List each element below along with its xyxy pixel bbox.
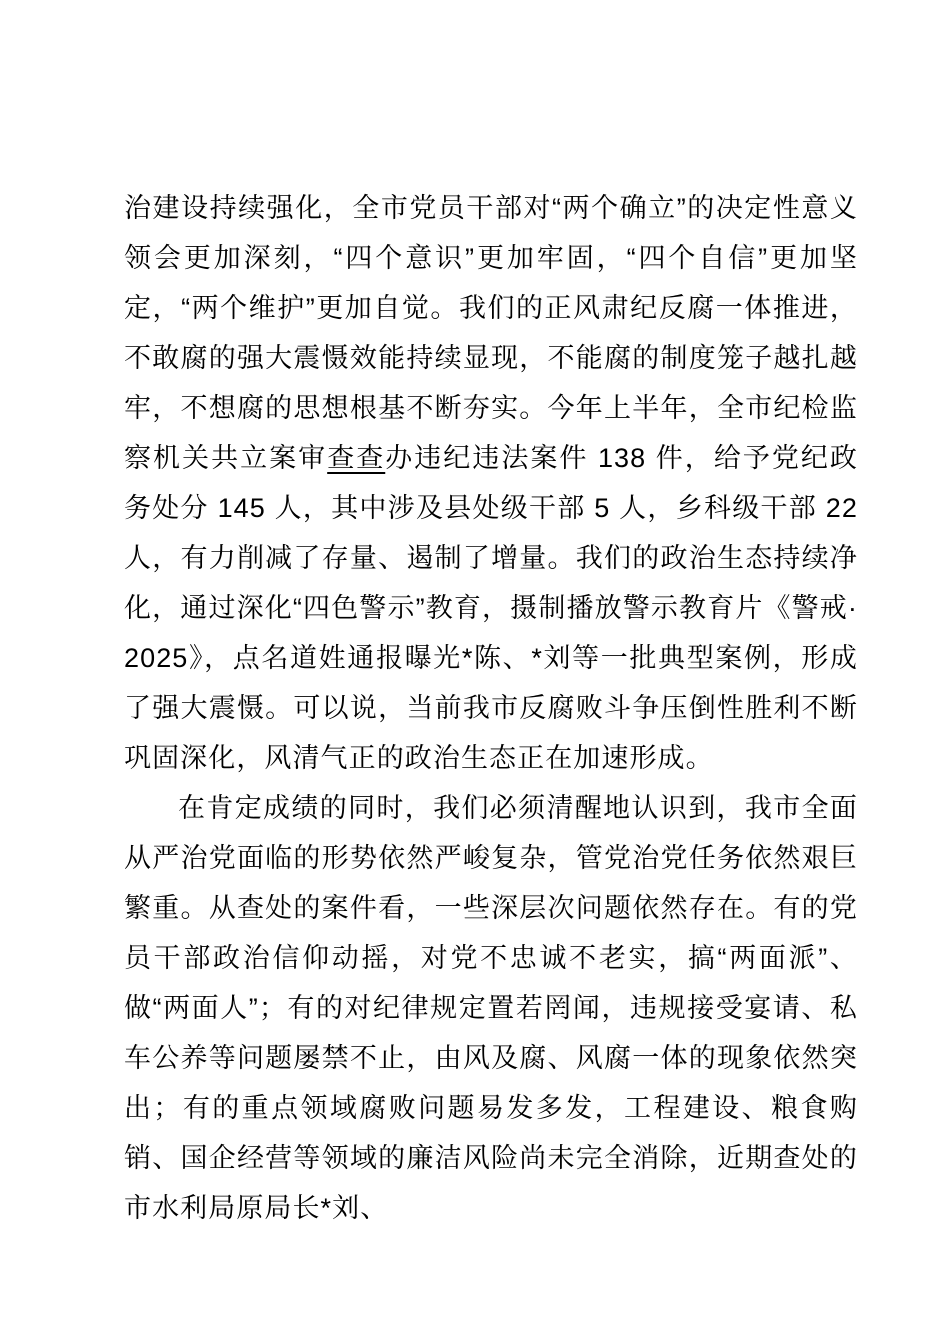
document-page: 治建设持续强化，全市党员干部对“两个确立”的决定性意义领会更加深刻，“四个意识”…	[0, 0, 950, 1344]
text-run: 在肯定成绩的同时，我们必须清醒地认识到，我市全面从严治党面临的形势依然严峻复杂，…	[124, 793, 858, 1223]
paragraph: 在肯定成绩的同时，我们必须清醒地认识到，我市全面从严治党面临的形势依然严峻复杂，…	[124, 783, 858, 1233]
paragraph: 治建设持续强化，全市党员干部对“两个确立”的决定性意义领会更加深刻，“四个意识”…	[124, 183, 858, 783]
text-run: 治建设持续强化，全市党员干部对“两个确立”的决定性意义领会更加深刻，“四个意识”…	[124, 193, 858, 473]
document-body: 治建设持续强化，全市党员干部对“两个确立”的决定性意义领会更加深刻，“四个意识”…	[124, 183, 858, 1233]
text-run: 办违纪违法案件 138 件，给予党纪政务处分 145 人，其中涉及县处级干部 5…	[124, 443, 867, 773]
underlined-text-run: 查查	[327, 443, 385, 473]
